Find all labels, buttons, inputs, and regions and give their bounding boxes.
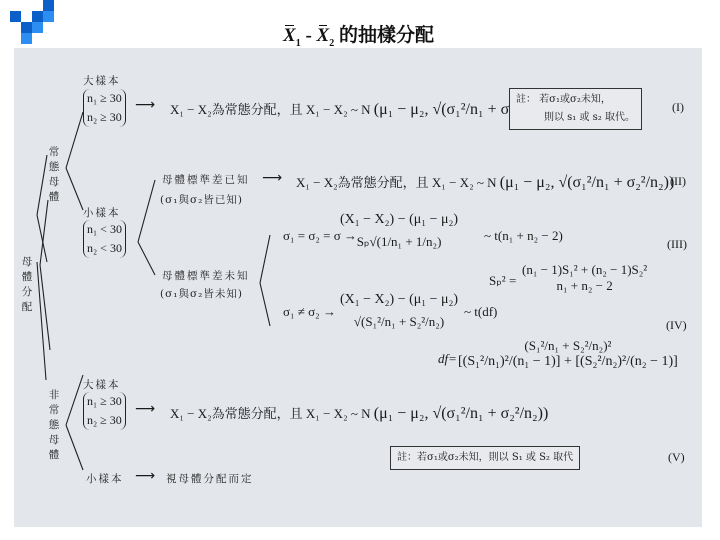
condition-n1: n₁ < 30 bbox=[87, 220, 122, 239]
normal-small-sample-conditions: n₁ < 30 n₂ < 30 bbox=[83, 220, 126, 258]
pooled-variance-lhs: Sₚ² = bbox=[489, 273, 516, 289]
unequal-variance-statistic: (X₁ − X₂) − (μ₁ − μ₂) √(S₁²/n₁ + S₂²/n₂) bbox=[340, 292, 458, 330]
non-normal-small-sample-label: 小樣本 bbox=[86, 471, 124, 486]
non-normal-population-label: 非常態母體 bbox=[48, 388, 60, 463]
arrow-icon: ⟶ bbox=[262, 170, 282, 186]
condition-n2: n₂ ≥ 30 bbox=[87, 411, 122, 430]
case-label-1: (I) bbox=[672, 100, 684, 115]
denominator: [(S₁²/n₁)²/(n₁ − 1)] + [(S₂²/n₂)²/(n₂ − … bbox=[458, 354, 678, 370]
unequal-variance-distribution: ~ t(df) bbox=[464, 304, 497, 320]
arrow-icon: ⟶ bbox=[135, 401, 155, 417]
denominator: Sₚ√(1/n₁ + 1/n₂) bbox=[340, 234, 458, 250]
fraction: (X₁ − X₂) − (μ₁ − μ₂) Sₚ√(1/n₁ + 1/n₂) bbox=[340, 212, 458, 250]
normal-large-sample-label: 大樣本 bbox=[83, 73, 121, 88]
numerator: (X₁ − X₂) − (μ₁ − μ₂) bbox=[340, 292, 458, 308]
note-line-2: 則以 s₁ 或 s₂ 取代。 bbox=[516, 109, 635, 127]
case-1-result: X₁ − X₂為常態分配，且 X₁ − X₂ ~ N (μ₁ − μ₂, √(σ… bbox=[170, 99, 548, 119]
non-normal-large-sample-label: 大樣本 bbox=[83, 377, 121, 392]
note-box-case-5: 註：若σ₁或σ₂未知，則以 S₁ 或 S₂ 取代 bbox=[390, 446, 580, 470]
root-label: 母體分配 bbox=[21, 255, 33, 315]
df-lhs: df= bbox=[438, 351, 457, 367]
result-prefix: X₁ − X₂為常態分配，且 X₁ − X₂ ~ N bbox=[296, 175, 497, 190]
pooled-variance-formula: (n₁ − 1)S₁² + (n₂ − 1)S₂² n₁ + n₂ − 2 bbox=[522, 262, 647, 294]
result-prefix: X₁ − X₂為常態分配，且 X₁ − X₂ ~ N bbox=[170, 102, 371, 117]
unequal-variance-condition: σ₁ ≠ σ₂ → bbox=[283, 304, 336, 320]
condition-n2: n₂ < 30 bbox=[87, 239, 122, 258]
case-5-result: X₁ − X₂為常態分配，且 X₁ − X₂ ~ N (μ₁ − μ₂, √(σ… bbox=[170, 403, 548, 423]
known-sigma-label: 母體標準差已知 bbox=[162, 172, 250, 187]
denominator: √(S₁²/n₁ + S₂²/n₂) bbox=[340, 314, 458, 330]
normal-population-label: 常態母體 bbox=[48, 145, 60, 205]
known-sigma-sublabel: (σ₁與σ₂皆已知) bbox=[160, 192, 243, 207]
note-box-case-1: 註： 若σ₁或σ₂未知， 則以 s₁ 或 s₂ 取代。 bbox=[509, 88, 642, 130]
unknown-sigma-label: 母體標準差未知 bbox=[162, 268, 250, 283]
condition-n1: n₁ ≥ 30 bbox=[87, 392, 122, 411]
case-label-5: (V) bbox=[668, 450, 685, 465]
result-prefix: X₁ − X₂為常態分配，且 X₁ − X₂ ~ N bbox=[170, 406, 371, 421]
arrow-icon: ⟶ bbox=[135, 468, 155, 484]
arrow-icon: ⟶ bbox=[135, 97, 155, 113]
condition-n2: n₂ ≥ 30 bbox=[87, 108, 122, 127]
denominator: n₁ + n₂ − 2 bbox=[522, 278, 647, 294]
numerator: (n₁ − 1)S₁² + (n₂ − 1)S₂² bbox=[522, 262, 647, 278]
normal-large-sample-conditions: n₁ ≥ 30 n₂ ≥ 30 bbox=[83, 89, 126, 127]
result-formula: (μ₁ − μ₂, √(σ₁²/n₁ + σ₂²/n₂)) bbox=[374, 405, 549, 422]
case-label-2: (II) bbox=[670, 174, 686, 189]
condition-n1: n₁ ≥ 30 bbox=[87, 89, 122, 108]
equal-variance-distribution: ~ t(n₁ + n₂ − 2) bbox=[484, 228, 563, 244]
case-2-result: X₁ − X₂為常態分配，且 X₁ − X₂ ~ N (μ₁ − μ₂, √(σ… bbox=[296, 172, 674, 192]
fraction: (S₁²/n₁ + S₂²/n₂)² [(S₁²/n₁)²/(n₁ − 1)] … bbox=[458, 338, 678, 370]
case-label-4: (IV) bbox=[666, 318, 687, 333]
numerator: (X₁ − X₂) − (μ₁ − μ₂) bbox=[340, 212, 458, 228]
fraction: (X₁ − X₂) − (μ₁ − μ₂) √(S₁²/n₁ + S₂²/n₂) bbox=[340, 292, 458, 330]
result-formula: (μ₁ − μ₂, √(σ₁²/n₁ + σ₂²/n₂)) bbox=[500, 174, 675, 191]
equal-variance-statistic: (X₁ − X₂) − (μ₁ − μ₂) Sₚ√(1/n₁ + 1/n₂) bbox=[340, 212, 458, 250]
fraction: (n₁ − 1)S₁² + (n₂ − 1)S₂² n₁ + n₂ − 2 bbox=[522, 262, 647, 294]
case-label-3: (III) bbox=[667, 237, 687, 252]
non-normal-large-sample-conditions: n₁ ≥ 30 n₂ ≥ 30 bbox=[83, 392, 126, 430]
normal-small-sample-label: 小樣本 bbox=[83, 205, 121, 220]
non-normal-small-sample-result: 視母體分配而定 bbox=[166, 471, 254, 486]
note-line-1: 註： 若σ₁或σ₂未知， bbox=[516, 91, 635, 109]
unknown-sigma-sublabel: (σ₁與σ₂皆未知) bbox=[160, 286, 243, 301]
df-formula: (S₁²/n₁ + S₂²/n₂)² [(S₁²/n₁)²/(n₁ − 1)] … bbox=[458, 338, 678, 370]
numerator: (S₁²/n₁ + S₂²/n₂)² bbox=[458, 338, 678, 354]
